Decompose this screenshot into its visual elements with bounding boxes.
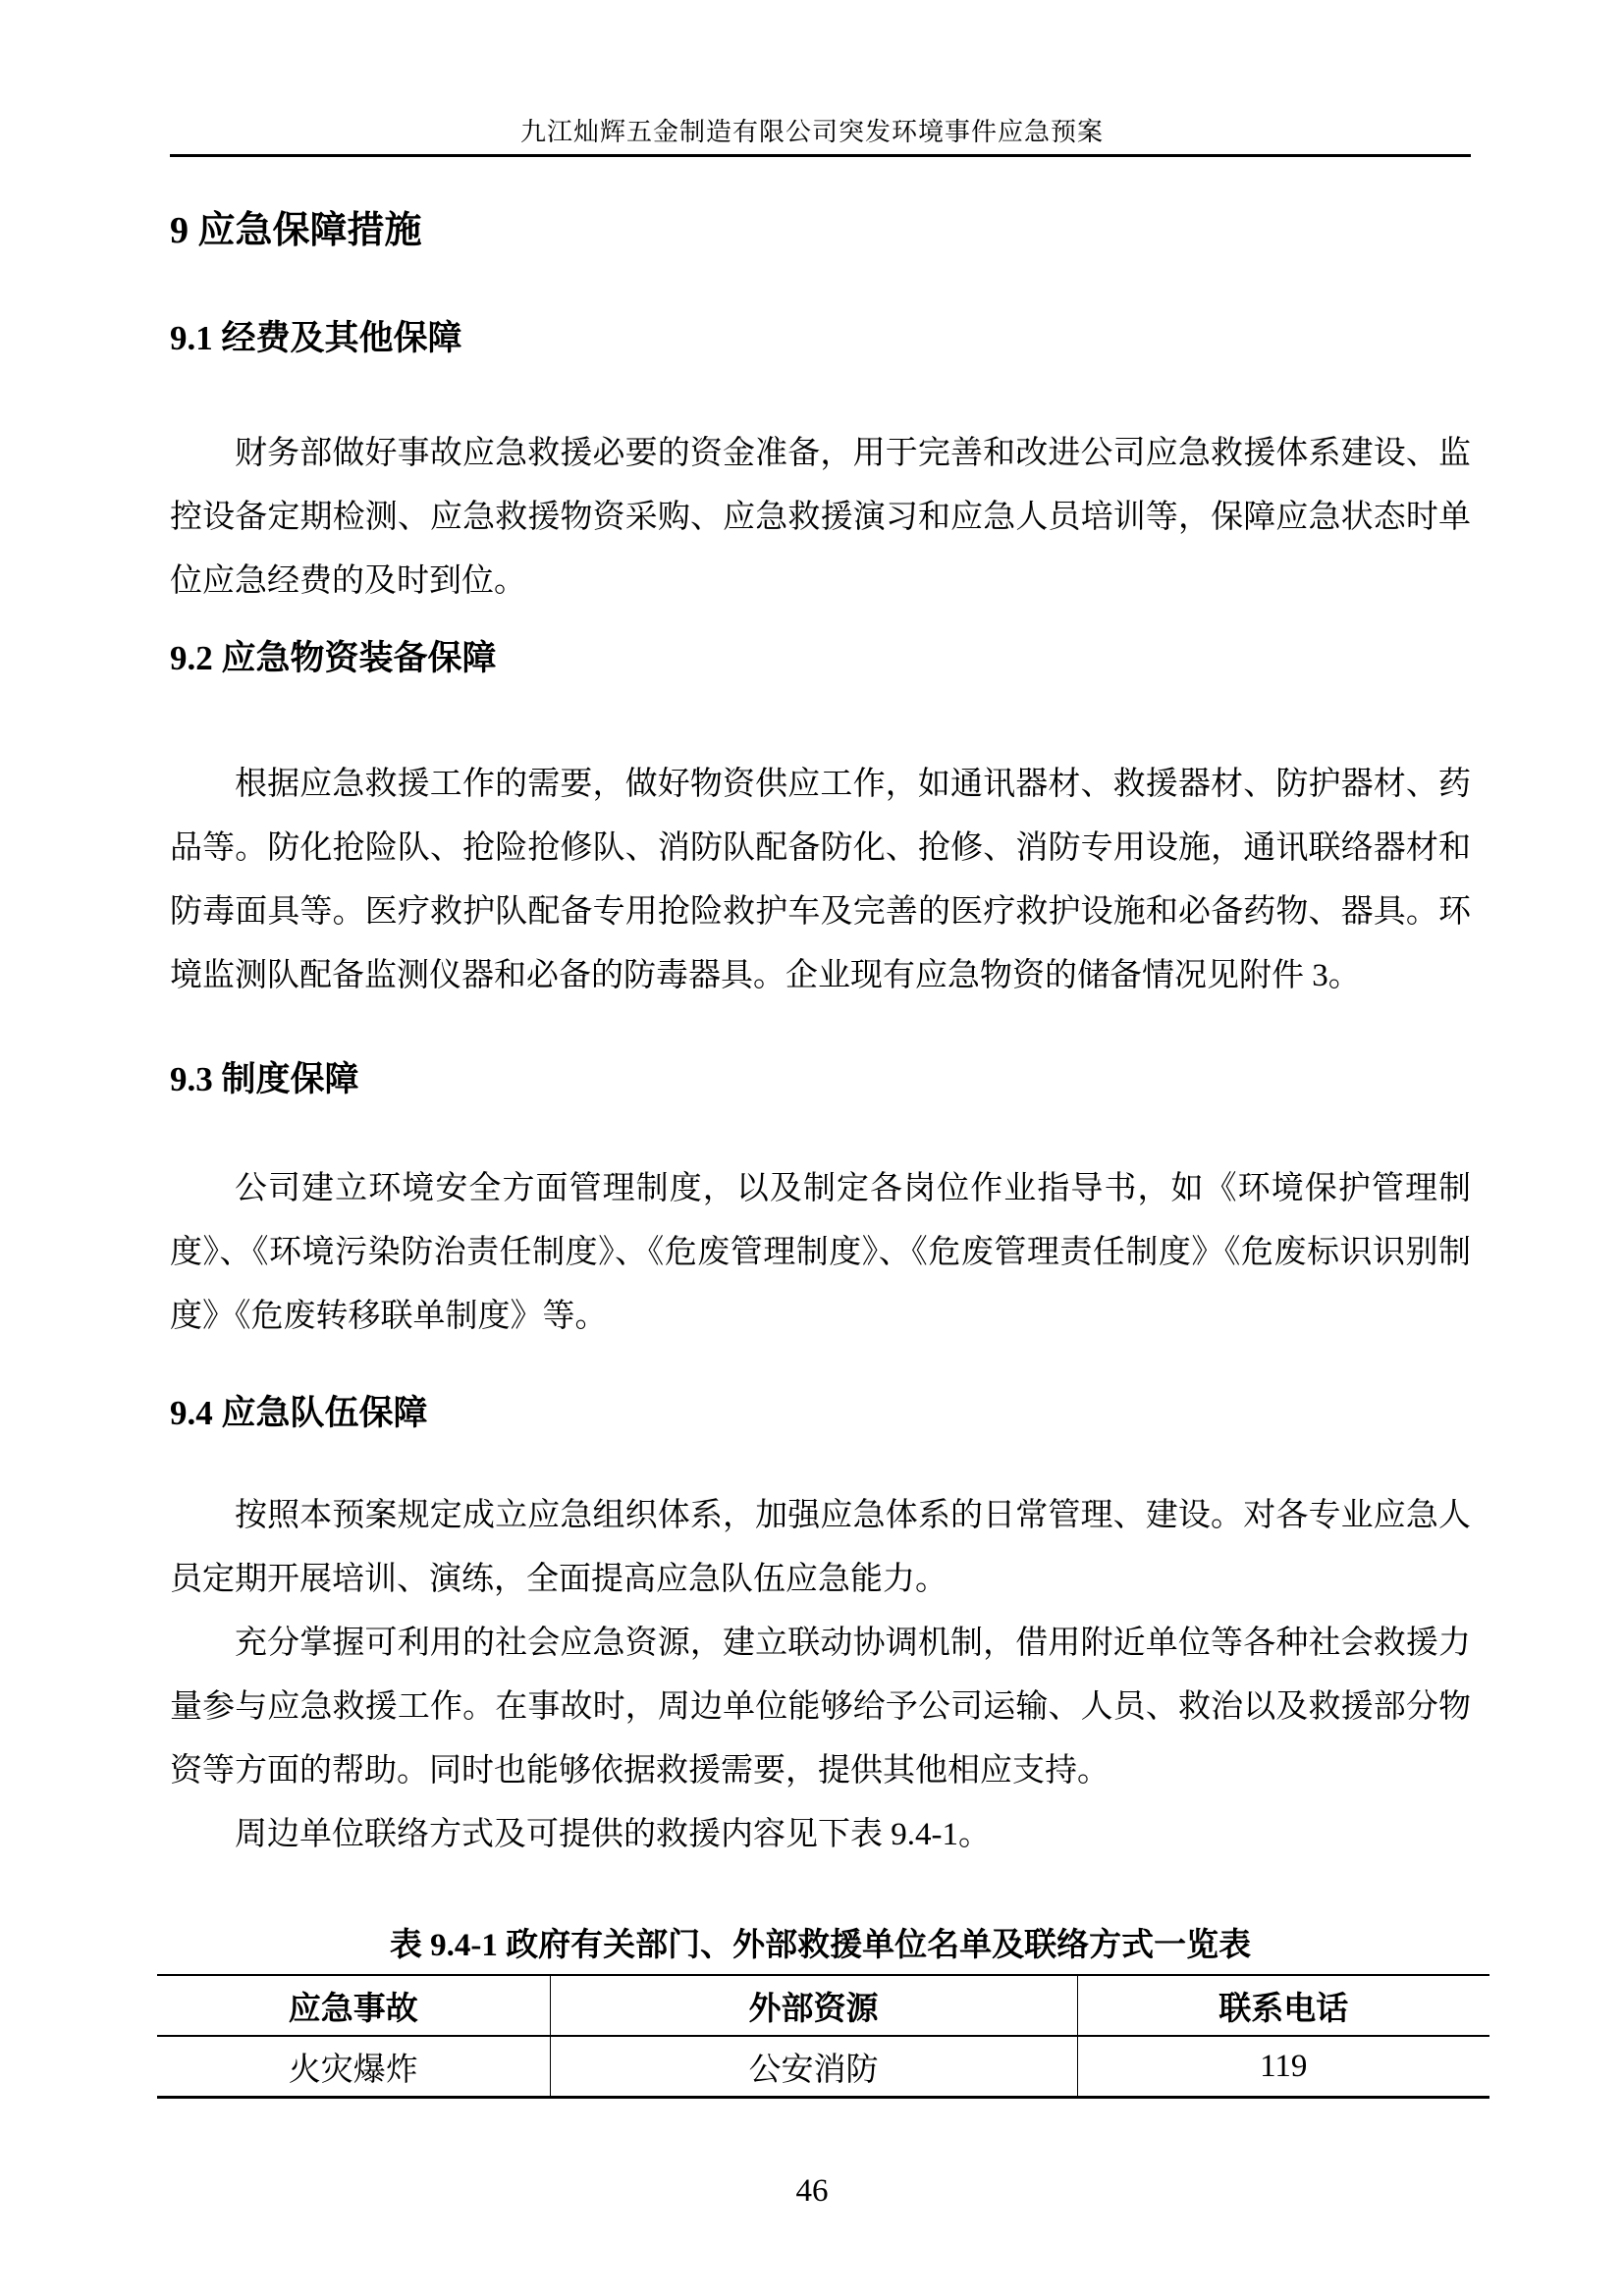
column-header-external-resource: 外部资源	[550, 1975, 1077, 2036]
page-number: 46	[0, 2171, 1624, 2211]
table-caption: 表 9.4-1 政府有关部门、外部救援单位名单及联络方式一览表	[170, 1926, 1471, 1965]
rescue-contacts-table: 应急事故 外部资源 联系电话 火灾爆炸 公安消防 119	[157, 1974, 1489, 2099]
header-divider-rule	[170, 154, 1471, 157]
document-page: { "page": { "header_title": "九江灿辉五金制造有限公…	[0, 0, 1624, 2296]
section-heading-9: 9 应急保障措施	[170, 208, 1471, 253]
paragraph-9-4-1: 按照本预案规定成立应急组织体系，加强应急体系的日常管理、建设。对各专业应急人员定…	[170, 1484, 1471, 1612]
section-heading-9-1: 9.1 经费及其他保障	[170, 318, 1471, 359]
column-header-accident-type: 应急事故	[157, 1975, 550, 2036]
paragraph-9-4-2: 充分掌握可利用的社会应急资源，建立联动协调机制，借用附近单位等各种社会救援力量参…	[170, 1612, 1471, 1803]
section-heading-9-3: 9.3 制度保障	[170, 1059, 1471, 1100]
column-header-contact-phone: 联系电话	[1077, 1975, 1489, 2036]
document-body: 9 应急保障措施 9.1 经费及其他保障 财务部做好事故应急救援必要的资金准备，…	[170, 208, 1471, 2099]
table-row: 火灾爆炸 公安消防 119	[157, 2036, 1489, 2098]
paragraph-9-4-3: 周边单位联络方式及可提供的救援内容见下表 9.4-1。	[170, 1803, 1471, 1867]
paragraph-9-1: 财务部做好事故应急救援必要的资金准备，用于完善和改进公司应急救援体系建设、监控设…	[170, 422, 1471, 614]
table-header-row: 应急事故 外部资源 联系电话	[157, 1975, 1489, 2036]
section-heading-9-4: 9.4 应急队伍保障	[170, 1393, 1471, 1434]
cell-contact-phone: 119	[1077, 2036, 1489, 2098]
page-header-title: 九江灿辉五金制造有限公司突发环境事件应急预案	[0, 0, 1624, 147]
cell-accident-type: 火灾爆炸	[157, 2036, 550, 2098]
paragraph-9-2: 根据应急救援工作的需要，做好物资供应工作，如通讯器材、救援器材、防护器材、药品等…	[170, 753, 1471, 1008]
cell-external-resource: 公安消防	[550, 2036, 1077, 2098]
section-heading-9-2: 9.2 应急物资装备保障	[170, 638, 1471, 679]
paragraph-9-3: 公司建立环境安全方面管理制度，以及制定各岗位作业指导书，如《环境保护管理制度》、…	[170, 1157, 1471, 1349]
